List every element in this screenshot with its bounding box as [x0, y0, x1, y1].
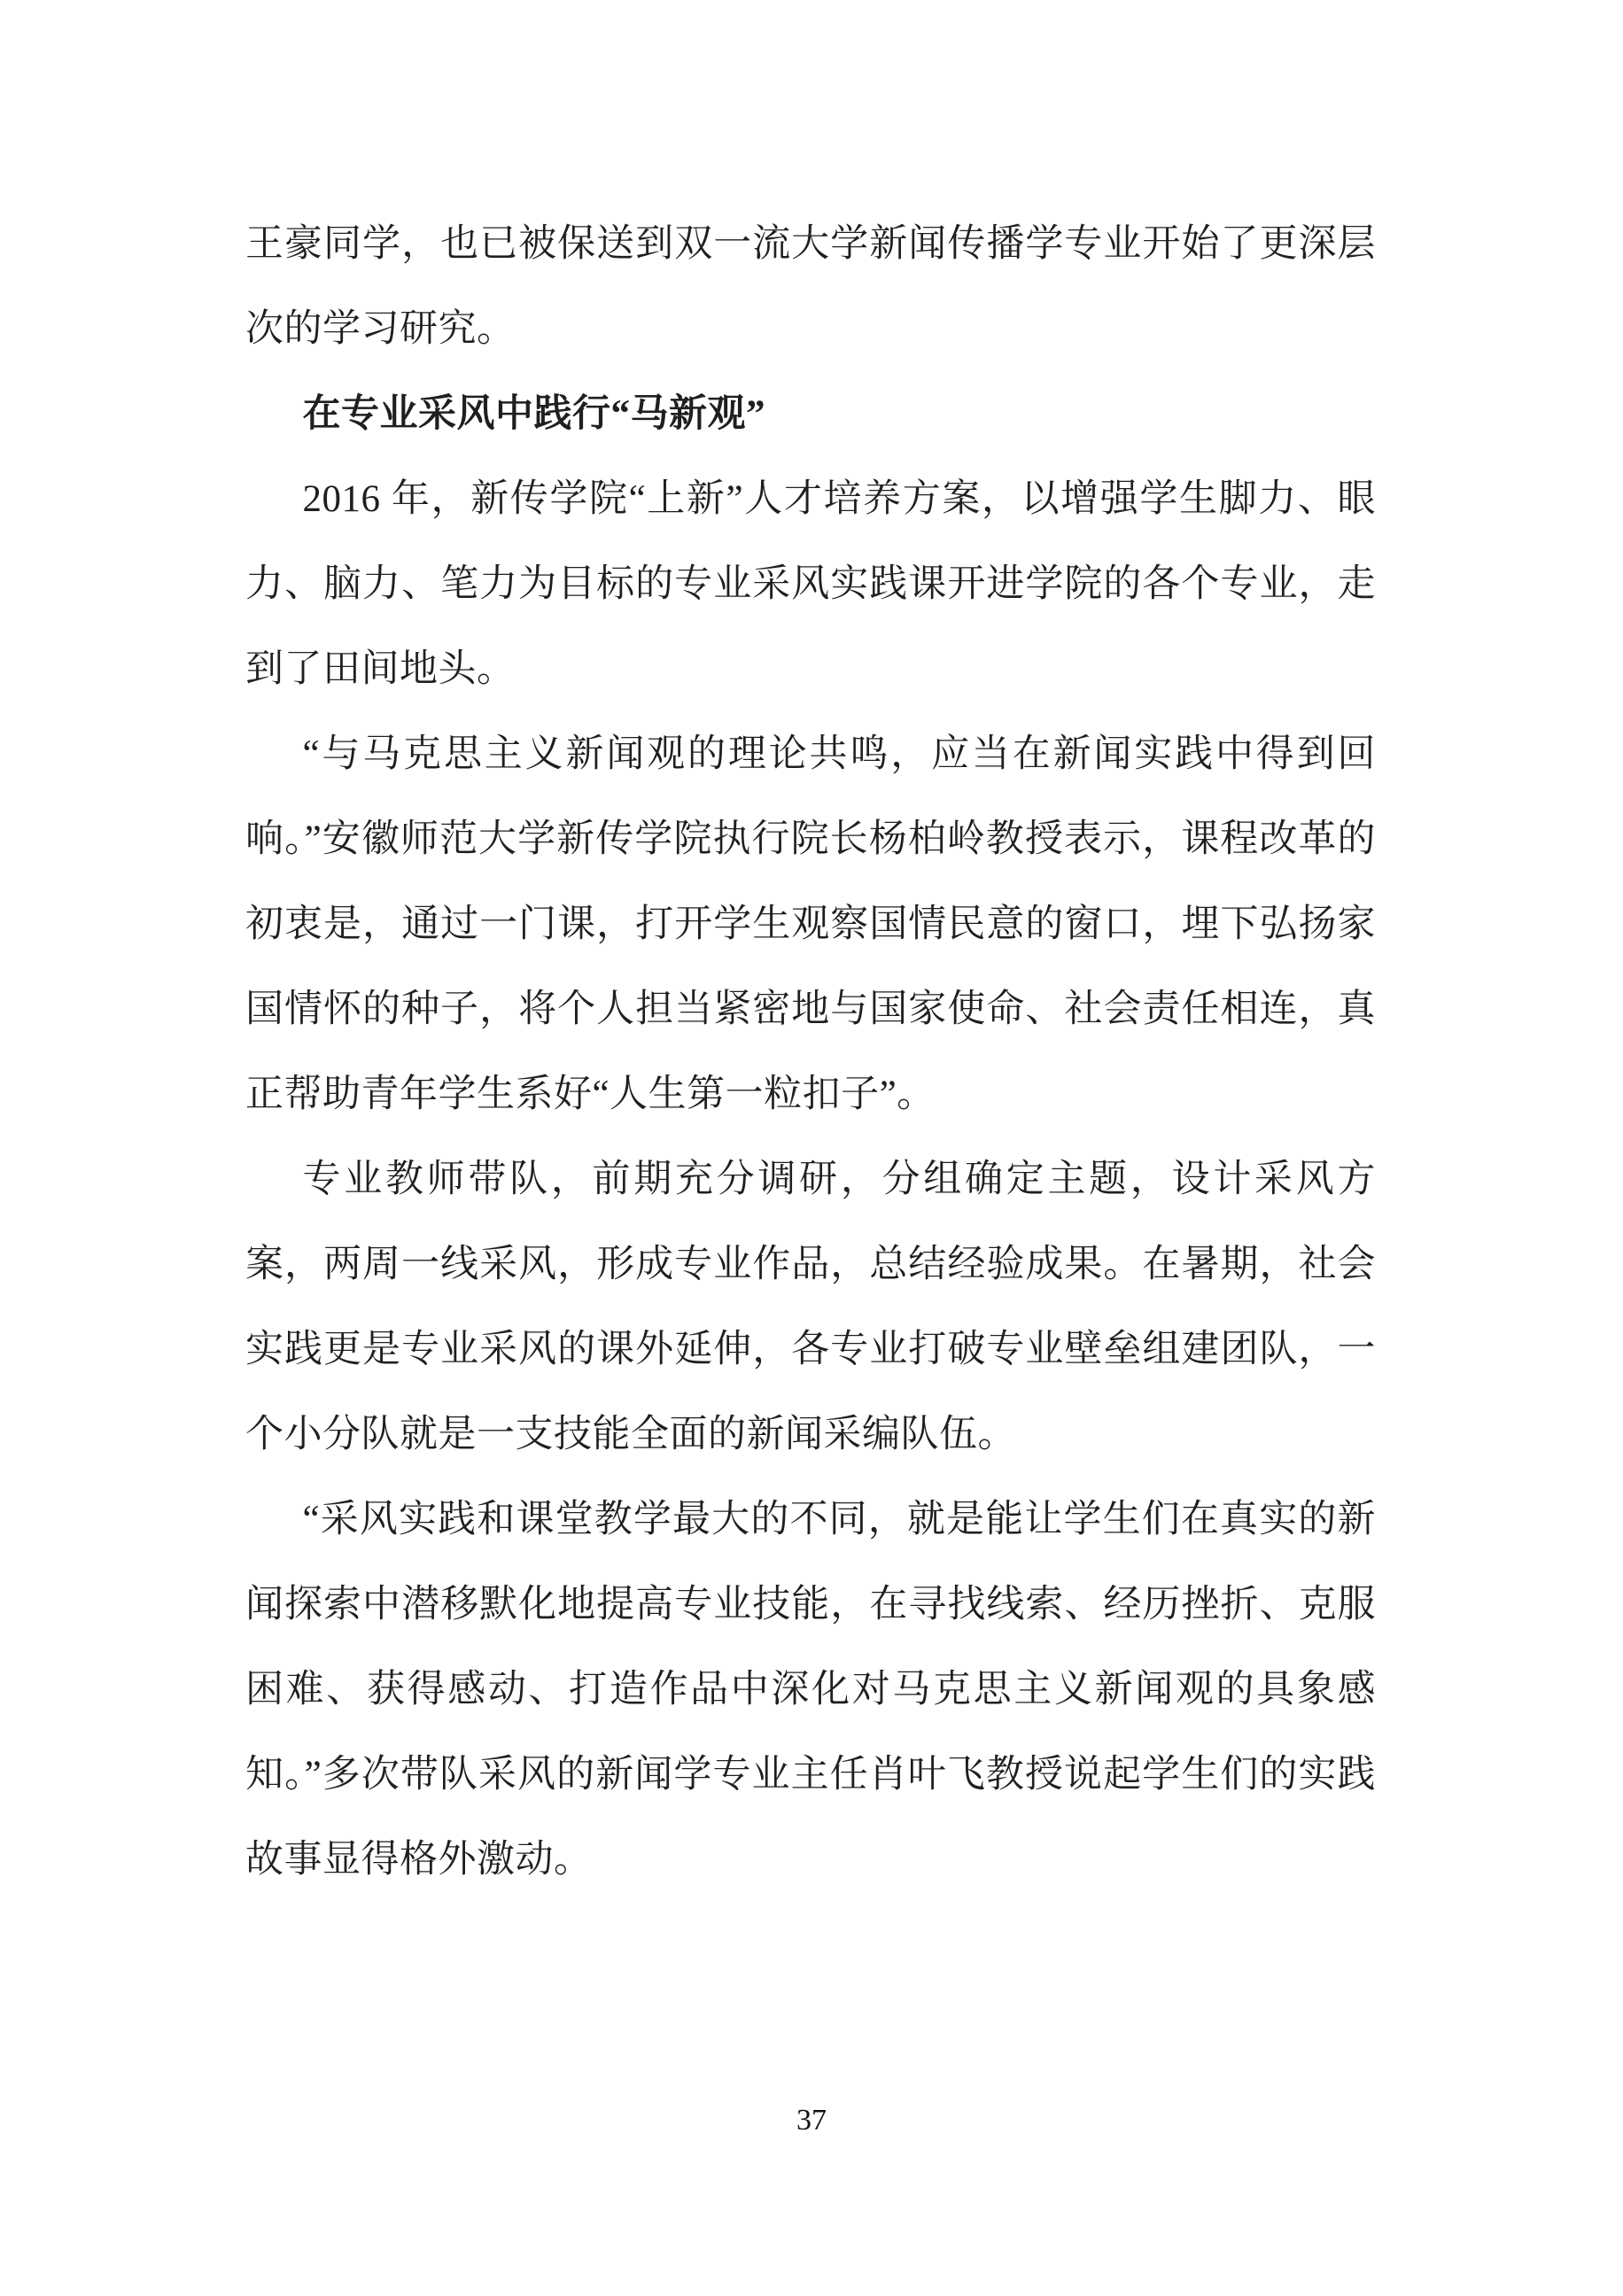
document-page: 王豪同学，也已被保送到双一流大学新闻传播学专业开始了更深层次的学习研究。 在专业… [0, 0, 1623, 2296]
paragraph-dean-quote: “与马克思主义新闻观的理论共鸣，应当在新闻实践中得到回响。”安徽师范大学新传学院… [245, 712, 1376, 1137]
document-body: 王豪同学，也已被保送到双一流大学新闻传播学专业开始了更深层次的学习研究。 在专业… [245, 202, 1376, 1903]
paragraph-2016-curriculum: 2016 年，新传学院“上新”人才培养方案，以增强学生脚力、眼力、脑力、笔力为目… [245, 457, 1376, 712]
paragraph-fieldwork-process: 专业教师带队，前期充分调研，分组确定主题，设计采风方案，两周一线采风，形成专业作… [245, 1137, 1376, 1478]
section-heading-ma-xin-guan: 在专业采风中践行“马新观” [245, 372, 1376, 457]
page-number: 37 [0, 2101, 1623, 2140]
paragraph-graduate-study: 王豪同学，也已被保送到双一流大学新闻传播学专业开始了更深层次的学习研究。 [245, 202, 1376, 372]
paragraph-professor-quote: “采风实践和课堂教学最大的不同，就是能让学生们在真实的新闻探索中潜移默化地提高专… [245, 1478, 1376, 1903]
